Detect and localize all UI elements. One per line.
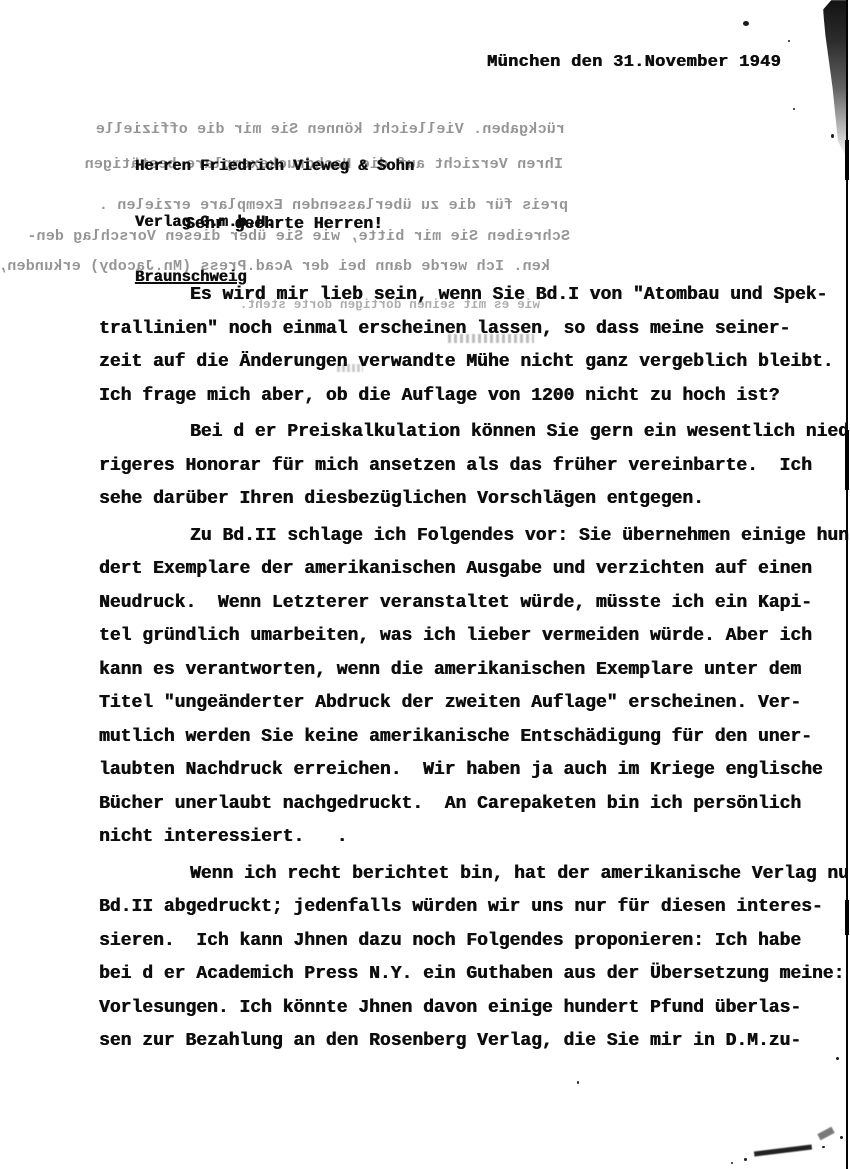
scan-speck (788, 40, 790, 42)
scan-edge-line-segment (845, 900, 849, 935)
recipient-name: Herren Friedrich Vieweg & Sohn (135, 157, 414, 176)
scan-speck (731, 1162, 733, 1164)
body-line: Ich frage mich aber, ob die Auflage von … (99, 380, 843, 414)
body-line: Wenn ich recht berichtet bin, hat der am… (99, 858, 843, 892)
body-line: Bd.II abgedruckt; jedenfalls würden wir … (99, 891, 843, 925)
body-line: Zu Bd.II schlage ich Folgendes vor: Sie … (99, 520, 843, 554)
body-line: sehe darüber Ihren diesbezüglichen Vorsc… (99, 483, 843, 517)
body-line: rigeres Honorar für mich ansetzen als da… (99, 450, 843, 484)
scan-speck (836, 1057, 839, 1060)
body-line: sen zur Bezahlung an den Rosenberg Verla… (99, 1025, 843, 1059)
body-line: Bücher unerlaubt nachgedruckt. An Carepa… (99, 788, 843, 822)
scan-speck (743, 21, 749, 26)
scan-speck (793, 108, 795, 110)
body-line: sieren. Ich kann Jhnen dazu noch Folgend… (99, 925, 843, 959)
salutation: Sehr geehrte Herren! (185, 214, 383, 233)
body-line: bei d er Academich Press N.Y. ein Guthab… (99, 958, 843, 992)
body-line: Bei d er Preiskalkulation können Sie ger… (99, 416, 843, 450)
body-line: Vorlesungen. Ich könnte Jhnen davon eini… (99, 992, 843, 1026)
scan-corner-smudge (823, 0, 847, 160)
paragraph: Bei d er Preiskalkulation können Sie ger… (99, 416, 843, 517)
body-line: tel gründlich umarbeiten, was ich lieber… (99, 620, 843, 654)
scan-speck (577, 1081, 579, 1084)
scan-speck (840, 1136, 843, 1139)
paragraph: Es wird mir lieb sein, wenn Sie Bd.I von… (99, 279, 843, 413)
paragraph: Wenn ich recht berichtet bin, hat der am… (99, 858, 843, 1059)
scan-speck (744, 1158, 747, 1161)
paragraph: Zu Bd.II schlage ich Folgendes vor: Sie … (99, 520, 843, 855)
body-line: zeit auf die Änderungen verwandte Mühe n… (99, 346, 843, 380)
body-line: dert Exemplare der amerikanischen Ausgab… (99, 553, 843, 587)
body-line: nicht interessiert. . (99, 821, 843, 855)
body-line: Titel "ungeänderter Abdruck der zweiten … (99, 687, 843, 721)
body-line: laubten Nachdruck erreichen. Wir haben j… (99, 754, 843, 788)
body-line: mutlich werden Sie keine amerikanische E… (99, 721, 843, 755)
scan-edge-line-segment (845, 140, 849, 180)
scanned-letter-page: rückgaben. Vielleicht können Sie mir die… (0, 0, 850, 1169)
scan-edge-line-segment (845, 430, 849, 490)
dateline: München den 31.November 1949 (487, 53, 781, 72)
body-line: Es wird mir lieb sein, wenn Sie Bd.I von… (99, 279, 843, 313)
body-line: Neudruck. Wenn Letzterer veranstaltet wü… (99, 587, 843, 621)
body-line: kann es verantworten, wenn die amerikani… (99, 654, 843, 688)
scan-speck (831, 134, 834, 138)
scan-speck (822, 1146, 825, 1148)
scan-smudge (754, 1144, 812, 1156)
scan-smudge (817, 1127, 834, 1141)
letter-body: Es wird mir lieb sein, wenn Sie Bd.I von… (99, 279, 843, 1062)
body-line: trallinien" noch einmal erscheinen lasse… (99, 313, 843, 347)
scan-edge-line (846, 0, 849, 1169)
